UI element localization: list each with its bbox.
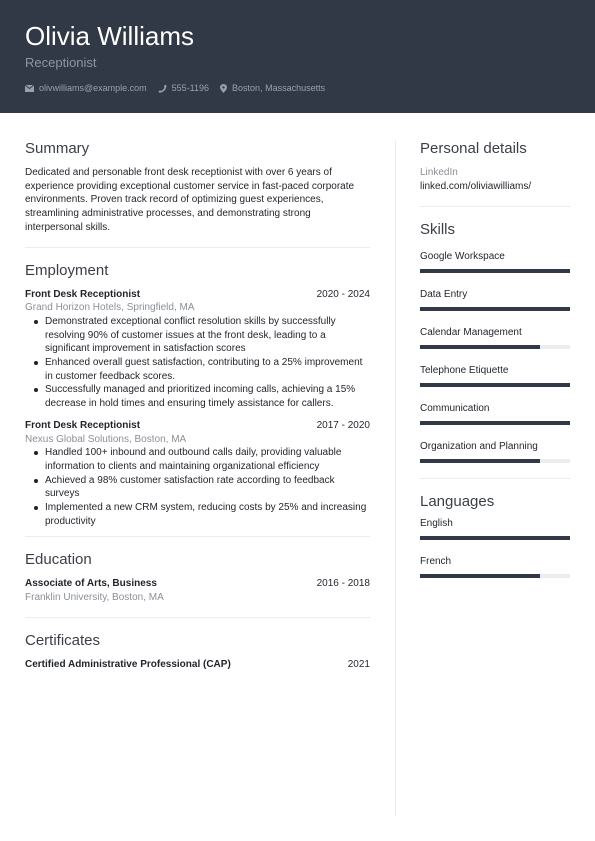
summary-title: Summary bbox=[25, 140, 370, 158]
section-divider bbox=[420, 206, 570, 207]
employment-section: Employment Front Desk Receptionist 2020 … bbox=[25, 262, 370, 529]
education-section: Education Associate of Arts, Business 20… bbox=[25, 551, 370, 604]
job-dates: 2017 - 2020 bbox=[317, 419, 370, 433]
job-bullet: Demonstrated exceptional conflict resolu… bbox=[33, 315, 370, 356]
language-level-bar bbox=[420, 536, 570, 540]
degree: Associate of Arts, Business bbox=[25, 577, 157, 591]
skill-level-fill bbox=[420, 383, 570, 387]
job-bullets: Handled 100+ inbound and outbound calls … bbox=[33, 446, 370, 528]
skill-item: Organization and Planning bbox=[420, 440, 570, 463]
email-text: olivwilliams@example.com bbox=[39, 82, 147, 94]
language-item: French bbox=[420, 555, 570, 578]
personal-details-section: Personal details LinkedIn linked.com/oli… bbox=[420, 140, 570, 193]
section-divider bbox=[420, 478, 570, 479]
summary-section: Summary Dedicated and personable front d… bbox=[25, 140, 370, 235]
section-divider bbox=[25, 247, 370, 248]
language-name: English bbox=[420, 517, 570, 530]
certificate-entry: Certified Administrative Professional (C… bbox=[25, 658, 370, 672]
resume-header: Olivia Williams Receptionist olivwilliam… bbox=[0, 0, 595, 113]
contact-location: Boston, Massachusetts bbox=[220, 82, 325, 94]
contact-phone[interactable]: 555-1196 bbox=[158, 82, 209, 94]
job-bullets: Demonstrated exceptional conflict resolu… bbox=[33, 315, 370, 411]
skill-name: Google Workspace bbox=[420, 250, 570, 263]
language-level-fill bbox=[420, 536, 570, 540]
language-item: English bbox=[420, 517, 570, 540]
skill-item: Data Entry bbox=[420, 288, 570, 311]
location-text: Boston, Massachusetts bbox=[232, 82, 325, 94]
skill-level-bar bbox=[420, 383, 570, 387]
skill-name: Communication bbox=[420, 402, 570, 415]
section-divider bbox=[25, 536, 370, 537]
job-bullet: Implemented a new CRM system, reducing c… bbox=[33, 501, 370, 528]
language-name: French bbox=[420, 555, 570, 568]
skill-level-fill bbox=[420, 307, 570, 311]
job-bullet: Enhanced overall guest satisfaction, con… bbox=[33, 356, 370, 383]
section-divider bbox=[25, 617, 370, 618]
languages-title: Languages bbox=[420, 493, 570, 511]
column-divider bbox=[395, 140, 396, 816]
certificate-year: 2021 bbox=[348, 658, 370, 672]
skill-name: Calendar Management bbox=[420, 326, 570, 339]
job-bullet: Achieved a 98% customer satisfaction rat… bbox=[33, 474, 370, 501]
certificate-name: Certified Administrative Professional (C… bbox=[25, 658, 231, 672]
linkedin-label: LinkedIn bbox=[420, 166, 570, 180]
skill-level-bar bbox=[420, 459, 570, 463]
job-entry: Front Desk Receptionist 2017 - 2020 Nexu… bbox=[25, 419, 370, 529]
candidate-role: Receptionist bbox=[25, 55, 97, 71]
skill-level-fill bbox=[420, 269, 570, 273]
education-dates: 2016 - 2018 bbox=[317, 577, 370, 591]
job-dates: 2020 - 2024 bbox=[317, 288, 370, 302]
contact-row: olivwilliams@example.com 555-1196 Boston… bbox=[25, 82, 336, 94]
job-title: Front Desk Receptionist bbox=[25, 419, 140, 433]
phone-icon bbox=[158, 84, 167, 93]
skill-level-bar bbox=[420, 269, 570, 273]
job-company: Grand Horizon Hotels, Springfield, MA bbox=[25, 301, 370, 315]
summary-text: Dedicated and personable front desk rece… bbox=[25, 166, 370, 235]
skill-level-fill bbox=[420, 459, 540, 463]
certificates-title: Certificates bbox=[25, 632, 370, 650]
contact-email[interactable]: olivwilliams@example.com bbox=[25, 82, 147, 94]
linkedin-link[interactable]: linked.com/oliviawilliams/ bbox=[420, 180, 570, 194]
skill-item: Telephone Etiquette bbox=[420, 364, 570, 387]
skill-level-fill bbox=[420, 345, 540, 349]
certificates-section: Certificates Certified Administrative Pr… bbox=[25, 632, 370, 672]
skill-name: Organization and Planning bbox=[420, 440, 570, 453]
education-title: Education bbox=[25, 551, 370, 569]
skill-name: Data Entry bbox=[420, 288, 570, 301]
candidate-name: Olivia Williams bbox=[25, 20, 194, 52]
skill-item: Communication bbox=[420, 402, 570, 425]
skill-item: Google Workspace bbox=[420, 250, 570, 273]
main-column: Summary Dedicated and personable front d… bbox=[25, 140, 370, 680]
skill-level-bar bbox=[420, 307, 570, 311]
skill-name: Telephone Etiquette bbox=[420, 364, 570, 377]
skill-item: Calendar Management bbox=[420, 326, 570, 349]
map-pin-icon bbox=[220, 84, 227, 93]
skill-level-bar bbox=[420, 421, 570, 425]
language-level-fill bbox=[420, 574, 540, 578]
skills-section: Skills Google WorkspaceData EntryCalenda… bbox=[420, 221, 570, 463]
job-bullet: Successfully managed and prioritized inc… bbox=[33, 383, 370, 410]
languages-section: Languages EnglishFrench bbox=[420, 493, 570, 578]
skills-title: Skills bbox=[420, 221, 570, 239]
personal-details-title: Personal details bbox=[420, 140, 570, 158]
job-company: Nexus Global Solutions, Boston, MA bbox=[25, 433, 370, 447]
skill-level-fill bbox=[420, 421, 570, 425]
job-entry: Front Desk Receptionist 2020 - 2024 Gran… bbox=[25, 288, 370, 411]
language-level-bar bbox=[420, 574, 570, 578]
education-entry: Associate of Arts, Business 2016 - 2018 … bbox=[25, 577, 370, 604]
job-title: Front Desk Receptionist bbox=[25, 288, 140, 302]
skill-level-bar bbox=[420, 345, 570, 349]
side-column: Personal details LinkedIn linked.com/oli… bbox=[420, 140, 570, 593]
employment-title: Employment bbox=[25, 262, 370, 280]
school: Franklin University, Boston, MA bbox=[25, 591, 370, 605]
envelope-icon bbox=[25, 85, 34, 92]
phone-text: 555-1196 bbox=[172, 82, 209, 94]
job-bullet: Handled 100+ inbound and outbound calls … bbox=[33, 446, 370, 473]
